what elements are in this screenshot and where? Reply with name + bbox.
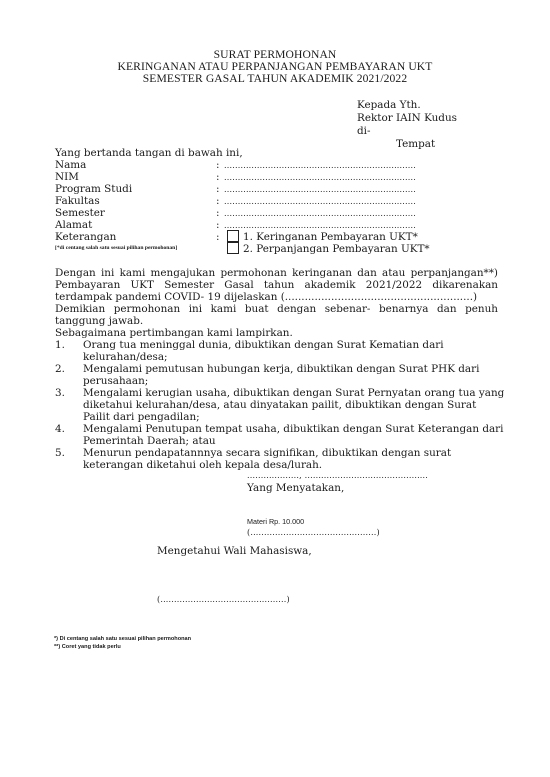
recipient-place: Tempat	[396, 138, 435, 151]
list-item-text: kelurahan/desa;	[83, 351, 168, 363]
checkbox-perpanjangan[interactable]	[227, 242, 239, 254]
field-value-semester[interactable]: ........................................…	[224, 209, 444, 218]
list-item-text: Mengalami pemutusan hubungan kerja, dibu…	[83, 363, 479, 375]
field-colon: :	[216, 183, 220, 195]
option-perpanjangan-label: 2. Perpanjangan Pembayaran UKT*	[243, 243, 430, 255]
paragraph-line-2: Pembayaran UKT Semester Gasal tahun akad…	[55, 279, 498, 291]
field-label-alamat: Alamat	[55, 219, 92, 231]
field-value-nama[interactable]: ........................................…	[224, 161, 444, 170]
paragraph-line-4: Demikian permohonan ini kami buat dengan…	[55, 303, 498, 315]
footnote-2: **) Coret yang tidak perlu	[54, 644, 121, 650]
advisor-name-line[interactable]: (.......................................…	[157, 595, 290, 604]
paragraph-line-5: tanggung jawab.	[55, 315, 143, 327]
field-label-fakultas: Fakultas	[55, 195, 100, 207]
list-item-text: diketahui kelurahan/desa, atau dinyataka…	[83, 399, 476, 411]
advisor-title: Mengetahui Wali Mahasiswa,	[157, 545, 312, 557]
field-colon: :	[216, 231, 220, 243]
list-item-text: Mengalami kerugian usaha, dibuktikan den…	[83, 387, 504, 399]
list-item-number: 4.	[55, 423, 65, 435]
field-colon: :	[216, 171, 220, 183]
field-label-keterangan: Keterangan	[55, 231, 116, 243]
letter-page: SURAT PERMOHONAN KERINGANAN ATAU PERPANJ…	[0, 0, 550, 777]
field-colon: :	[216, 159, 220, 171]
list-item-text: Pemerintah Daerah; atau	[83, 435, 216, 447]
intro-text: Yang bertanda tangan di bawah ini,	[55, 147, 243, 159]
field-label-nama: Nama	[55, 159, 86, 171]
field-value-fakultas[interactable]: ........................................…	[224, 197, 444, 206]
list-item-number: 2.	[55, 363, 65, 375]
list-item-text: perusahaan;	[83, 375, 148, 387]
list-item-number: 1.	[55, 339, 65, 351]
field-value-program-studi[interactable]: ........................................…	[224, 185, 444, 194]
list-item-text: Mengalami Penutupan tempat usaha, dibukt…	[83, 423, 503, 435]
checkbox-keringanan[interactable]	[227, 230, 239, 242]
keterangan-note: [*di centang salah satu sesuai pilihan p…	[55, 245, 177, 251]
field-colon: :	[216, 207, 220, 219]
footnote-1: *) Di centang salah satu sesuai pilihan …	[54, 636, 191, 642]
list-item-number: 5.	[55, 447, 65, 459]
field-value-alamat[interactable]: ........................................…	[224, 221, 444, 230]
field-colon: :	[216, 195, 220, 207]
list-item-text: Orang tua meninggal dunia, dibuktikan de…	[83, 339, 444, 351]
list-item-number: 3.	[55, 387, 65, 399]
field-label-program-studi: Program Studi	[55, 183, 132, 195]
paragraph-line-1: Dengan ini kami mengajukan permohonan ke…	[55, 267, 498, 279]
field-label-semester: Semester	[55, 207, 105, 219]
option-perpanjangan[interactable]: 2. Perpanjangan Pembayaran UKT*	[227, 242, 430, 255]
field-colon: :	[216, 219, 220, 231]
place-date-line[interactable]: ..................., ...................…	[247, 471, 428, 480]
field-value-nim[interactable]: ........................................…	[224, 173, 444, 182]
recipient-name: Rektor IAIN Kudus	[357, 112, 457, 125]
list-item-text: keterangan diketahui oleh kepala desa/lu…	[83, 459, 322, 471]
list-item-text: Pailit dari pengadilan;	[83, 411, 200, 423]
paragraph-line-3: terdampak pandemi COVID- 19 dijelaskan (…	[55, 291, 477, 303]
signature-title: Yang Menyatakan,	[247, 482, 344, 494]
list-item-text: Menurun pendapatannnya secara signifikan…	[83, 447, 451, 459]
signature-name-line[interactable]: (.......................................…	[247, 528, 380, 537]
doc-academic-year: SEMESTER GASAL TAHUN AKADEMIK 2021/2022	[0, 73, 550, 85]
field-label-nim: NIM	[55, 171, 79, 183]
recipient-greeting: Kepada Yth.	[357, 99, 421, 112]
paragraph-line-6: Sebagaimana pertimbangan kami lampirkan.	[55, 327, 293, 339]
recipient-di: di-	[357, 125, 371, 138]
stamp-duty-label: Materi Rp. 10.000	[247, 517, 304, 526]
